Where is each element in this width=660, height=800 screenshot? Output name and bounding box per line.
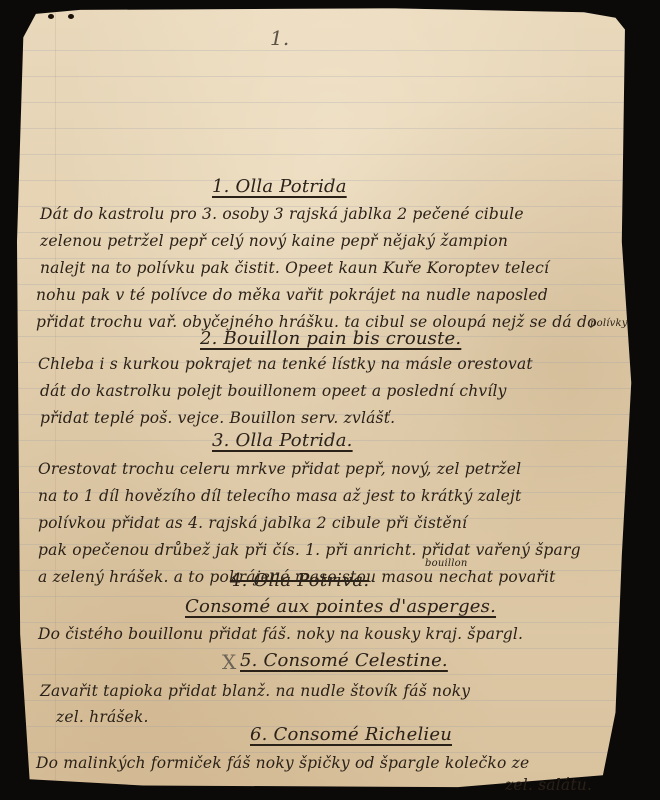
- recipe-heading-4-struck: 4. Olla Potriva.: [230, 570, 369, 591]
- recipe-subheading-4: Consomé aux pointes d'asperges.: [185, 596, 496, 617]
- ruled-line: [17, 50, 647, 51]
- interlinear-annotation: bouillon: [425, 558, 468, 569]
- recipe-line: Orestovat trochu celeru mrkve přidat pep…: [38, 460, 521, 478]
- recipe-line: Chleba i s kurkou pokrajet na tenké líst…: [38, 355, 533, 373]
- recipe-line: Do malinkých formiček fáš noky špičky od…: [36, 754, 529, 772]
- page-number: 1.: [270, 26, 289, 50]
- ruled-line: [17, 622, 647, 623]
- recipe-heading-2: 2. Bouillon pain bis crouste.: [200, 328, 461, 349]
- recipe-line: na to 1 díl hovězího díl telecího masa a…: [38, 487, 521, 505]
- ruled-line: [17, 154, 647, 155]
- recipe-line: pak opečenou drůbež jak při čís. 1. při …: [38, 541, 581, 559]
- recipe-line: Zavařit tapioka přidat blanž. na nudle š…: [40, 682, 470, 700]
- cross-mark: X: [222, 650, 236, 674]
- binding-hole: [48, 14, 54, 19]
- ruled-line: [17, 102, 647, 103]
- recipe-heading-5: 5. Consomé Celestine.: [240, 650, 448, 671]
- recipe-heading-1: 1. Olla Potrida: [212, 176, 347, 197]
- recipe-line: dát do kastrolku polejt bouillonem opeet…: [40, 382, 507, 400]
- recipe-line: Do čistého bouillonu přidat fáš. noky na…: [38, 625, 523, 643]
- recipe-line: nohu pak v té polívce do měka vařit pokr…: [36, 286, 548, 304]
- recipe-line: nalejt na to polívku pak čistit. Opeet k…: [40, 259, 549, 277]
- recipe-heading-3: 3. Olla Potrida.: [212, 430, 353, 451]
- ruled-line: [17, 310, 647, 311]
- marginal-annotation: polívky: [590, 318, 628, 329]
- ruled-line: [17, 128, 647, 129]
- recipe-line: polívkou přidat as 4. rajská jablka 2 ci…: [38, 514, 467, 532]
- recipe-heading-6: 6. Consomé Richelieu: [250, 724, 452, 745]
- ruled-line: [17, 674, 647, 675]
- recipe-line: Dát do kastrolu pro 3. osoby 3 rajská ja…: [40, 205, 524, 223]
- ruled-line: [17, 76, 647, 77]
- ruled-line: [17, 752, 647, 753]
- ruled-line: [17, 700, 647, 701]
- recipe-line: zel. hrášek.: [56, 708, 149, 726]
- ruled-line: [17, 648, 647, 649]
- recipe-line-continuation: zel. salátu.: [505, 776, 592, 794]
- ruled-line: [17, 284, 647, 285]
- recipe-line: přidat teplé poš. vejce. Bouillon serv. …: [40, 409, 395, 427]
- binding-hole: [68, 14, 74, 19]
- recipe-line: zelenou petržel pepř celý nový kaine pep…: [40, 232, 508, 250]
